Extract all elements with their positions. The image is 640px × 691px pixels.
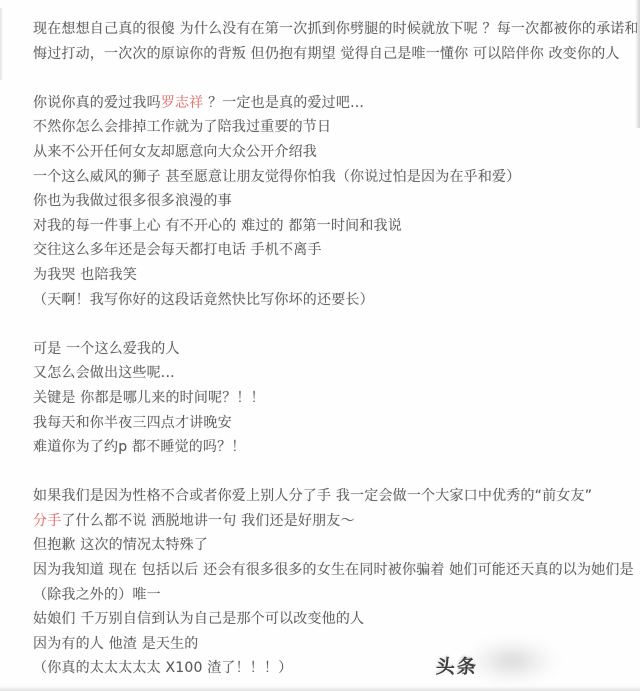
text-segment: 为我哭 也陪我笑 (33, 267, 137, 283)
text-line: 你说你真的爱过我吗罗志祥 ？一定也是真的爱过吧... (33, 91, 620, 116)
text-segment: （天啊！我写你好的这段话竟然快比写你坏的还要长） (33, 292, 374, 308)
text-segment: 现在想想自己真的很傻 为什么没有在第一次抓到你劈腿的时候就放下呢 ？每一次都被你… (33, 21, 639, 37)
text-line: 交往这么多年还是会每天都打电话 手机不离手 (33, 238, 620, 263)
text-segment: 可是 一个这么爱我的人 (33, 341, 180, 357)
text-line: 但抱歉 这次的情况太特殊了 (33, 533, 620, 558)
toutiao-watermark: 头条 (435, 652, 479, 679)
text-segment: 了什么都不说 洒脱地讲一句 我们还是好朋友～ (61, 513, 354, 529)
text-segment: 你也为我做过很多很多浪漫的事 (33, 193, 232, 209)
text-segment: 关键是 你都是哪儿来的时间呢？！！ (33, 390, 265, 406)
text-line: 一个这么威风的狮子 甚至愿意让朋友觉得你怕我（你说过怕是因为在乎和爱） (33, 165, 620, 190)
text-segment: 但抱歉 这次的情况太特殊了 (33, 537, 208, 553)
text-segment: 因为我知道 现在 包括以后 还会有很多很多的女生在同时被你骗着 她们可能还天真的… (33, 562, 634, 578)
page-left-edge-artifact (0, 8, 3, 80)
paragraph: 你说你真的爱过我吗罗志祥 ？一定也是真的爱过吧...不然你怎么会排掉工作就为了陪… (33, 91, 620, 312)
text-segment: 我每天和你半夜三四点才讲晚安 (33, 415, 232, 431)
text-line: 为我哭 也陪我笑 (33, 263, 620, 288)
text-line: 对我的每一件事上心 有不开心的 难过的 都第一时间和我说 (33, 214, 620, 239)
page-right-edge-artifact (635, 0, 640, 128)
text-segment: 你说你真的爱过我吗 (33, 95, 161, 111)
text-segment: ？一定也是真的爱过吧... (203, 95, 364, 111)
paragraph: 可是 一个这么爱我的人又怎么会做出这些呢...关键是 你都是哪儿来的时间呢？！！… (33, 337, 620, 460)
page-bottom-edge-artifact (0, 686, 640, 691)
article-page: 现在想想自己真的很傻 为什么没有在第一次抓到你劈腿的时候就放下呢 ？每一次都被你… (0, 0, 640, 691)
text-line: 我每天和你半夜三四点才讲晚安 (33, 411, 620, 436)
text-line: 姑娘们 千万别自信到认为自己是那个可以改变他的人 (33, 607, 620, 632)
text-segment: 如果我们是因为性格不合或者你爱上别人分了手 我一定会做一个大家口中优秀的“前女友… (33, 488, 592, 504)
text-line: 因为我知道 现在 包括以后 还会有很多很多的女生在同时被你骗着 她们可能还天真的… (33, 558, 620, 583)
text-segment: 一个这么威风的狮子 甚至愿意让朋友觉得你怕我（你说过怕是因为在乎和爱） (33, 169, 520, 185)
text-segment: 对我的每一件事上心 有不开心的 难过的 都第一时间和我说 (33, 218, 402, 234)
text-line: 从来不公开任何女友却愿意向大众公开介绍我 (33, 140, 620, 165)
text-line: 可是 一个这么爱我的人 (33, 337, 620, 362)
text-line: 你也为我做过很多很多浪漫的事 (33, 189, 620, 214)
text-segment: 交往这么多年还是会每天都打电话 手机不离手 (33, 242, 322, 258)
text-line: 现在想想自己真的很傻 为什么没有在第一次抓到你劈腿的时候就放下呢 ？每一次都被你… (33, 17, 620, 42)
highlighted-text: 罗志祥 (161, 95, 204, 111)
text-segment: 从来不公开任何女友却愿意向大众公开介绍我 (33, 144, 317, 160)
highlighted-text: 分手 (33, 513, 61, 529)
text-line: 难道你为了约p 都不睡觉的吗？！ (33, 435, 620, 460)
text-line: （天啊！我写你好的这段话竟然快比写你坏的还要长） (33, 288, 620, 313)
text-line: （除我之外的）唯一 (33, 583, 620, 608)
text-line: 如果我们是因为性格不合或者你爱上别人分了手 我一定会做一个大家口中优秀的“前女友… (33, 484, 620, 509)
text-line: 分手了什么都不说 洒脱地讲一句 我们还是好朋友～ (33, 509, 620, 534)
text-segment: （你真的太太太太太 X100 渣了！！！） (33, 660, 292, 676)
text-line: 不然你怎么会排掉工作就为了陪我过重要的节日 (33, 115, 620, 140)
text-line: 关键是 你都是哪儿来的时间呢？！！ (33, 386, 620, 411)
text-segment: 因为有的人 他渣 是天生的 (33, 636, 199, 652)
text-line: 悔过打动，一次次的原谅你的背叛 但仍抱有期望 觉得自己是唯一懂你 可以陪伴你 改… (33, 42, 620, 67)
text-segment: 姑娘们 千万别自信到认为自己是那个可以改变他的人 (33, 611, 364, 627)
text-segment: （除我之外的）唯一 (33, 587, 161, 603)
text-segment: 难道你为了约p 都不睡觉的吗？！ (33, 439, 246, 455)
text-line: 又怎么会做出这些呢... (33, 361, 620, 386)
text-segment: 又怎么会做出这些呢... (33, 365, 175, 381)
text-segment: 悔过打动，一次次的原谅你的背叛 但仍抱有期望 觉得自己是唯一懂你 可以陪伴你 改… (33, 46, 620, 62)
article-text-block: 现在想想自己真的很傻 为什么没有在第一次抓到你劈腿的时候就放下呢 ？每一次都被你… (33, 17, 620, 681)
paragraph: 现在想想自己真的很傻 为什么没有在第一次抓到你劈腿的时候就放下呢 ？每一次都被你… (33, 17, 620, 66)
text-segment: 不然你怎么会排掉工作就为了陪我过重要的节日 (33, 119, 331, 135)
